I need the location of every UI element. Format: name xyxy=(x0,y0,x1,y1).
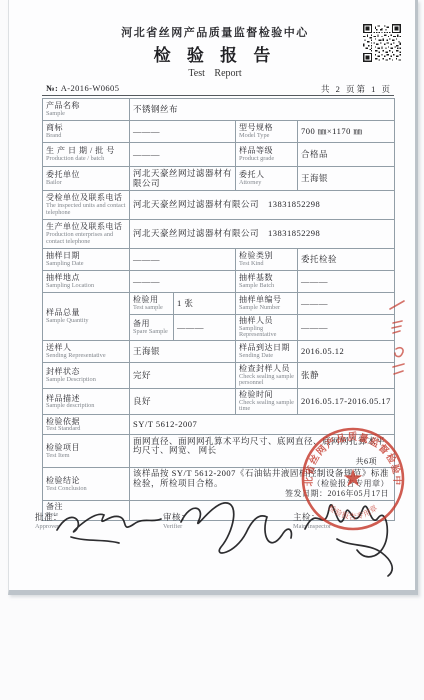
label-en: Production enterprises and contact telep… xyxy=(46,232,126,246)
label-en: Sample Batch xyxy=(239,283,294,290)
verifier-en: Verifier xyxy=(163,523,190,530)
label-en: Product grade xyxy=(239,156,294,163)
field-brand-value: ——— xyxy=(130,121,236,143)
field-standard-label: 检验依据 Test Standard xyxy=(43,415,130,435)
report-number-line: №: A-2016-W0605 共 2 页第 1 页 xyxy=(42,82,394,96)
label-en: Test Item xyxy=(46,453,126,460)
field-inspected-unit-value: 河北天豪丝网过滤器材有限公司 13831852298 xyxy=(130,191,395,220)
field-sealing-checker-label: 检查封样人员 Check sealing sample personnel xyxy=(236,363,298,389)
field-test-item-label: 检验项目 Test Item xyxy=(43,435,130,468)
conclusion-seal-note: （检验报告专用章） xyxy=(313,479,390,489)
label-en: Test Standard xyxy=(46,426,126,433)
label-en: Sampling Date xyxy=(46,261,126,268)
qr-code-icon xyxy=(363,24,401,62)
field-sample-desc-value: 良好 xyxy=(130,389,236,415)
no-label: №: xyxy=(46,83,58,93)
field-model-label: 型号规格 Model Type xyxy=(236,121,298,143)
field-sealing-state-value: 完好 xyxy=(130,363,236,389)
field-grade-label: 样品等级 Product grade xyxy=(236,143,298,167)
field-sample-batch-label: 抽样基数 Sample Batch xyxy=(236,271,298,293)
approver-label: 批准： Approver xyxy=(35,511,62,530)
verifier-label: 审核： Verifier xyxy=(163,511,190,530)
field-sample-desc-label: 样品描述 Sample description xyxy=(43,389,130,415)
field-production-unit-label: 生产单位及联系电话 Production enterprises and con… xyxy=(43,220,130,249)
test-item-total: 共6项 xyxy=(133,457,391,467)
signature-line: 批准： Approver 审核： Verifier 主检： Main inspe… xyxy=(35,511,405,533)
field-sender-label: 送样人 Sending Representative xyxy=(43,341,130,363)
field-sampling-rep-label: 抽样人员 Sampling Representative xyxy=(236,315,298,341)
field-test-item-value: 面网直径、面网网孔算术平均尺寸、底网直径、底网网孔算术平均尺寸、网宽、 网长 共… xyxy=(130,435,395,468)
screenshot-canvas: 河北省丝网产品质量监督检验中心 检 验 报 告 Test Report №: A… xyxy=(0,0,424,700)
label-en: Check sealing sample personnel xyxy=(239,374,294,388)
field-product-name-label: 产品名称 Sample xyxy=(43,99,130,121)
field-sampling-date-value: ——— xyxy=(130,249,236,271)
field-production-date-value: ——— xyxy=(130,143,236,167)
field-arrival-date-label: 样品到达日期 Sending Date xyxy=(236,341,298,363)
report-no-value: A-2016-W0605 xyxy=(61,83,120,93)
field-test-kind-label: 检验类别 Test Kind xyxy=(236,249,298,271)
field-grade-value: 合格品 xyxy=(298,143,395,167)
field-spare-sample-label: 备用 Spare Sample xyxy=(130,315,174,341)
field-sample-number-label: 抽样单编号 Sample Number xyxy=(236,293,298,315)
main-inspector-signature xyxy=(337,539,392,576)
label-en: Bailor xyxy=(46,180,126,187)
field-sample-batch-value: ——— xyxy=(298,271,395,293)
field-sampling-date-label: 抽样日期 Sampling Date xyxy=(43,249,130,271)
field-attorney-value: 王海银 xyxy=(298,167,395,191)
label-en: Attorney xyxy=(239,180,294,187)
field-sample-number-value: ——— xyxy=(298,293,395,315)
field-model-value: 700 ㎜×1170 ㎜ xyxy=(298,121,395,143)
conclusion-sign-date: 签发日期：2016年05月17日 xyxy=(285,489,389,499)
field-production-date-label: 生 产 日 期 / 批 号 Production date / batch xyxy=(43,143,130,167)
field-conclusion-label: 检验结论 Test Conclusion xyxy=(43,468,130,501)
approver-signature xyxy=(71,537,119,543)
test-item-text: 面网直径、面网网孔算术平均尺寸、底网直径、底网网孔算术平均尺寸、网宽、 网长 xyxy=(133,436,385,456)
approver-en: Approver xyxy=(35,523,62,530)
approver-zh: 批准： xyxy=(35,511,62,523)
label-en: Test Kind xyxy=(239,261,294,268)
report-page: 河北省丝网产品质量监督检验中心 检 验 报 告 Test Report №: A… xyxy=(8,0,418,595)
main-inspector-en: Main inspector xyxy=(293,523,331,530)
label-en: Sampling Representative xyxy=(239,326,294,340)
field-sealing-checker-value: 张静 xyxy=(298,363,395,389)
label-en: Production date / batch xyxy=(46,156,126,163)
field-spare-sample-value: ——— xyxy=(174,315,236,341)
pagination: 共 2 页第 1 页 xyxy=(321,83,392,95)
field-production-unit-value: 河北天豪丝网过滤器材有限公司 13831852298 xyxy=(130,220,395,249)
field-attorney-label: 委托人 Attorney xyxy=(236,167,298,191)
main-inspector-label: 主检： Main inspector xyxy=(293,511,331,530)
label-en: Sending Representative xyxy=(46,353,126,360)
field-sampling-rep-value: ——— xyxy=(298,315,395,341)
label-en: Sample description xyxy=(46,403,126,410)
field-test-time-label: 检验时间 Check sealing sample time xyxy=(236,389,298,415)
verifier-zh: 审核： xyxy=(163,511,190,523)
field-test-sample-value: 1 张 xyxy=(174,293,236,315)
label-en: The inspected units and contact telephon… xyxy=(46,203,126,217)
field-test-sample-label: 检验用 Test sample xyxy=(130,293,174,315)
label-en: Spare Sample xyxy=(133,329,170,336)
label-en: Sample Quantity xyxy=(46,318,126,325)
field-bailor-value: 河北天豪丝网过滤器材有限公司 xyxy=(130,167,236,191)
label-en: Sampling Location xyxy=(46,283,126,290)
field-sampling-location-label: 抽样地点 Sampling Location xyxy=(43,271,130,293)
field-bailor-label: 委托单位 Bailor xyxy=(43,167,130,191)
field-sealing-state-label: 封样状态 Sample Description xyxy=(43,363,130,389)
label-en: Sending Date xyxy=(239,353,294,360)
field-test-time-value: 2016.05.17-2016.05.17 xyxy=(298,389,395,415)
field-test-kind-value: 委托检验 xyxy=(298,249,395,271)
main-inspector-zh: 主检： xyxy=(293,511,331,523)
field-standard-value: SY/T 5612-2007 xyxy=(130,415,395,435)
label-en: Test sample xyxy=(133,305,170,312)
label-en: Brand xyxy=(46,133,126,140)
report-subtitle: Test Report xyxy=(36,68,394,79)
field-arrival-date-value: 2016.05.12 xyxy=(298,341,395,363)
report-table: 产品名称 Sample 不锈钢丝布 商标 Brand ——— 型号规格 Mode… xyxy=(42,98,395,521)
field-sampling-location-value: ——— xyxy=(130,271,236,293)
field-product-name-value: 不锈钢丝布 xyxy=(130,99,395,121)
field-inspected-unit-label: 受检单位及联系电话 The inspected units and contac… xyxy=(43,191,130,220)
label-en: Test Conclusion xyxy=(46,486,126,493)
label-en: Model Type xyxy=(239,133,294,140)
field-sample-quantity-label: 样品总量 Sample Quantity xyxy=(43,293,130,341)
org-title: 河北省丝网产品质量监督检验中心 xyxy=(36,24,394,40)
field-brand-label: 商标 Brand xyxy=(43,121,130,143)
field-sender-value: 王海银 xyxy=(130,341,236,363)
label-en: Sample Description xyxy=(46,377,126,384)
report-number: №: A-2016-W0605 xyxy=(46,83,119,93)
report-title: 检 验 报 告 xyxy=(36,41,394,66)
label-en: Sample Number xyxy=(239,305,294,312)
field-conclusion-value: 该样品按 SY/T 5612-2007《石油钻井液固相控制设备规范》标准检验，所… xyxy=(130,468,395,501)
label-en: Sample xyxy=(46,111,126,118)
label-en: Check sealing sample time xyxy=(239,400,294,414)
